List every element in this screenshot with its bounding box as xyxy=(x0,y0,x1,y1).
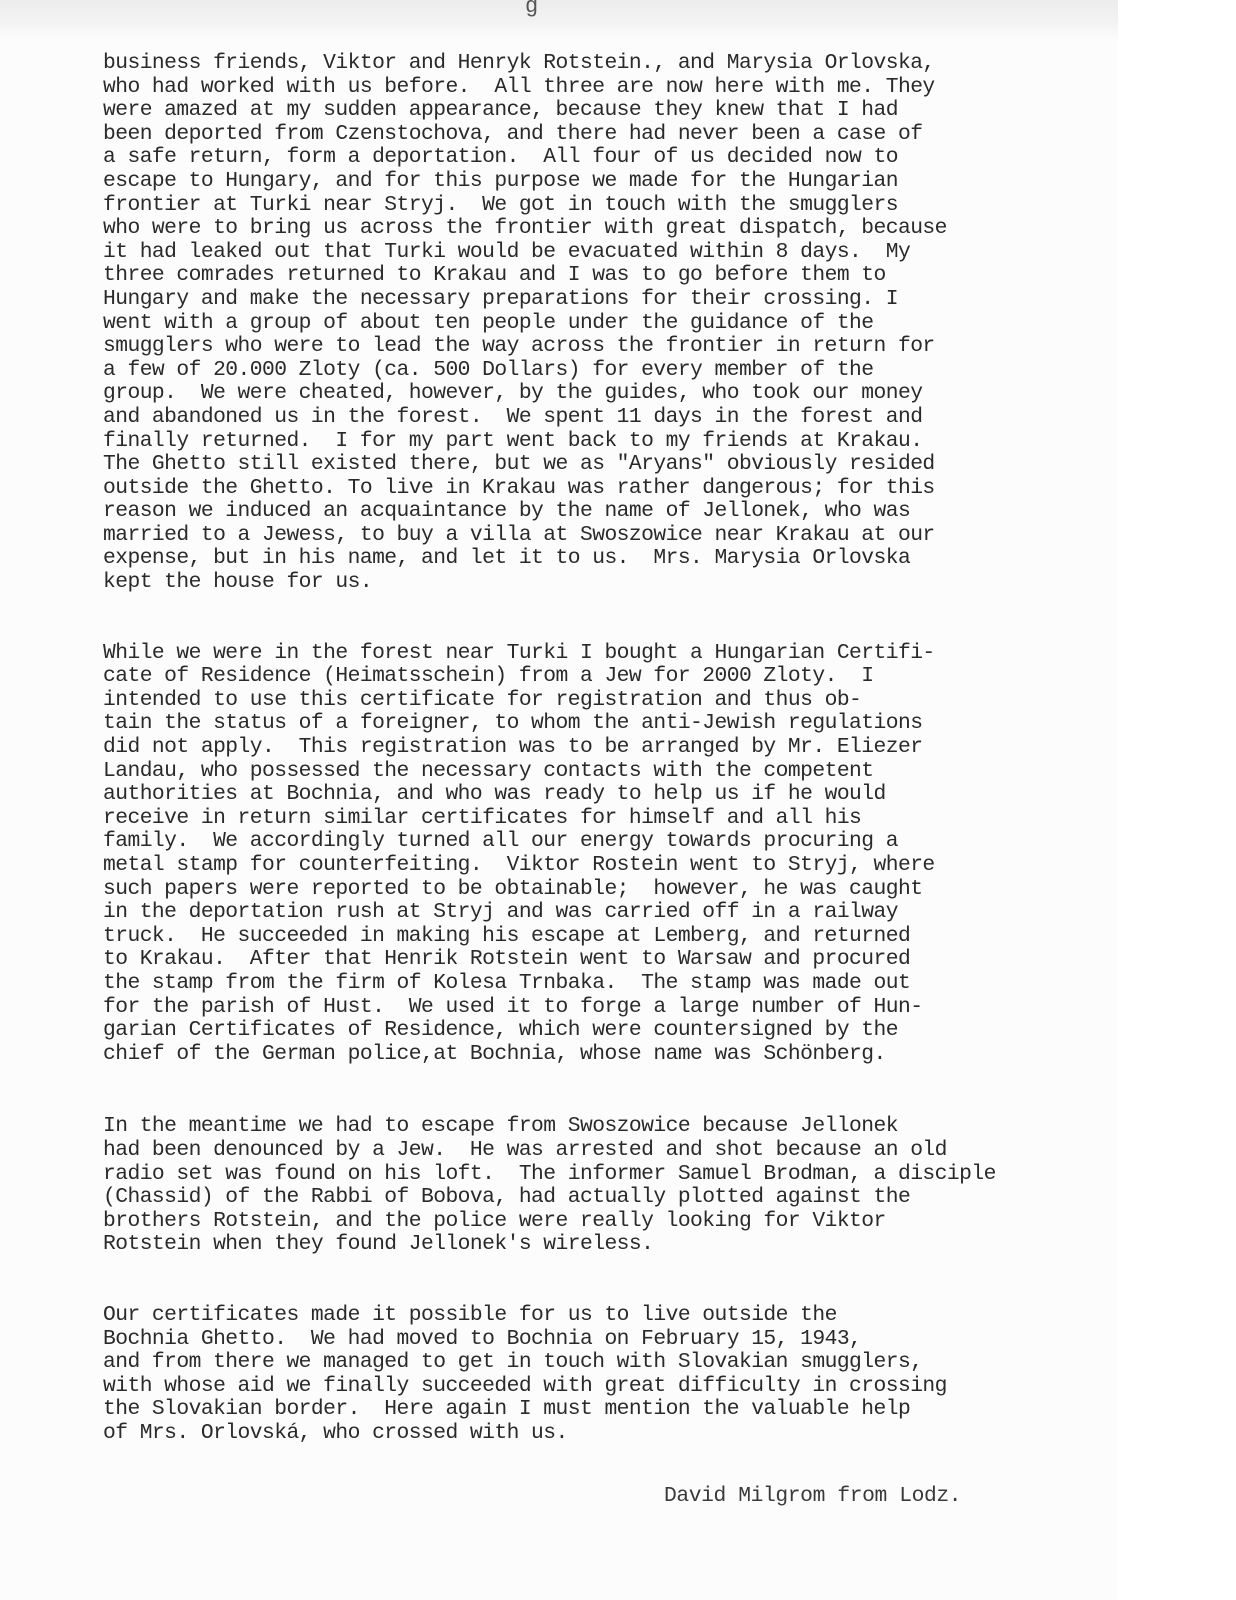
text-line: to Krakau. After that Henrik Rotstein we… xyxy=(103,948,1113,972)
text-line: for the parish of Hust. We used it to fo… xyxy=(103,996,1113,1020)
text-line: intended to use this certificate for reg… xyxy=(103,689,1113,713)
paragraph-gap xyxy=(103,595,1113,642)
text-line: went with a group of about ten people un… xyxy=(103,312,1113,336)
text-line: reason we induced an acquaintance by the… xyxy=(103,500,1113,524)
text-line: metal stamp for counterfeiting. Viktor R… xyxy=(103,854,1113,878)
text-line: frontier at Turki near Stryj. We got in … xyxy=(103,194,1113,218)
text-line: tain the status of a foreigner, to whom … xyxy=(103,712,1113,736)
text-line: married to a Jewess, to buy a villa at S… xyxy=(103,524,1113,548)
text-line: did not apply. This registration was to … xyxy=(103,736,1113,760)
text-line: of Mrs. Orlovská, who crossed with us. xyxy=(103,1422,1113,1446)
text-line: kept the house for us. xyxy=(103,571,1113,595)
paragraph-denunciation: In the meantime we had to escape from Sw… xyxy=(103,1115,1113,1257)
text-line: been deported from Czenstochova, and the… xyxy=(103,123,1113,147)
text-line: truck. He succeeded in making his escape… xyxy=(103,925,1113,949)
paragraph-gap xyxy=(103,1257,1113,1304)
text-line: and abandoned us in the forest. We spent… xyxy=(103,406,1113,430)
text-line: such papers were reported to be obtainab… xyxy=(103,878,1113,902)
text-line: it had leaked out that Turki would be ev… xyxy=(103,241,1113,265)
text-line: and from there we managed to get in touc… xyxy=(103,1351,1113,1375)
text-line: expense, but in his name, and let it to … xyxy=(103,547,1113,571)
cut-off-top-text: g xyxy=(525,0,538,19)
text-line: escape to Hungary, and for this purpose … xyxy=(103,170,1113,194)
text-line: garian Certificates of Residence, which … xyxy=(103,1019,1113,1043)
paragraph-certificates: While we were in the forest near Turki I… xyxy=(103,642,1113,1067)
text-line: outside the Ghetto. To live in Krakau wa… xyxy=(103,477,1113,501)
scan-shadow-band xyxy=(0,0,1118,38)
text-line: a safe return, form a deportation. All f… xyxy=(103,146,1113,170)
text-line: the stamp from the firm of Kolesa Trnbak… xyxy=(103,972,1113,996)
text-line: The Ghetto still existed there, but we a… xyxy=(103,453,1113,477)
text-line: radio set was found on his loft. The inf… xyxy=(103,1163,1113,1187)
text-line: Bochnia Ghetto. We had moved to Bochnia … xyxy=(103,1328,1113,1352)
text-line: smugglers who were to lead the way acros… xyxy=(103,335,1113,359)
text-line: a few of 20.000 Zloty (ca. 500 Dollars) … xyxy=(103,359,1113,383)
text-line: business friends, Viktor and Henryk Rots… xyxy=(103,52,1113,76)
text-line: Our certificates made it possible for us… xyxy=(103,1304,1113,1328)
paragraph-border-crossing: Our certificates made it possible for us… xyxy=(103,1304,1113,1446)
text-line: group. We were cheated, however, by the … xyxy=(103,382,1113,406)
text-line: authorities at Bochnia, and who was read… xyxy=(103,783,1113,807)
document-body: business friends, Viktor and Henryk Rots… xyxy=(103,52,1113,1445)
text-line: family. We accordingly turned all our en… xyxy=(103,830,1113,854)
text-line: While we were in the forest near Turki I… xyxy=(103,642,1113,666)
text-line: with whose aid we finally succeeded with… xyxy=(103,1375,1113,1399)
text-line: finally returned. I for my part went bac… xyxy=(103,430,1113,454)
signature: David Milgrom from Lodz. xyxy=(664,1484,961,1508)
text-line: chief of the German police,at Bochnia, w… xyxy=(103,1043,1113,1067)
document-page: g business friends, Viktor and Henryk Ro… xyxy=(0,0,1118,1600)
text-line: had been denounced by a Jew. He was arre… xyxy=(103,1139,1113,1163)
text-line: (Chassid) of the Rabbi of Bobova, had ac… xyxy=(103,1186,1113,1210)
text-line: brothers Rotstein, and the police were r… xyxy=(103,1210,1113,1234)
text-line: three comrades returned to Krakau and I … xyxy=(103,264,1113,288)
text-line: who had worked with us before. All three… xyxy=(103,76,1113,100)
text-line: who were to bring us across the frontier… xyxy=(103,217,1113,241)
paragraph-gap xyxy=(103,1066,1113,1115)
text-line: Hungary and make the necessary preparati… xyxy=(103,288,1113,312)
text-line: Landau, who possessed the necessary cont… xyxy=(103,760,1113,784)
text-line: the Slovakian border. Here again I must … xyxy=(103,1398,1113,1422)
text-line: were amazed at my sudden appearance, bec… xyxy=(103,99,1113,123)
text-line: In the meantime we had to escape from Sw… xyxy=(103,1115,1113,1139)
text-line: Rotstein when they found Jellonek's wire… xyxy=(103,1233,1113,1257)
text-line: in the deportation rush at Stryj and was… xyxy=(103,901,1113,925)
text-line: cate of Residence (Heimatsschein) from a… xyxy=(103,665,1113,689)
paragraph-escape-attempt: business friends, Viktor and Henryk Rots… xyxy=(103,52,1113,595)
text-line: receive in return similar certificates f… xyxy=(103,807,1113,831)
